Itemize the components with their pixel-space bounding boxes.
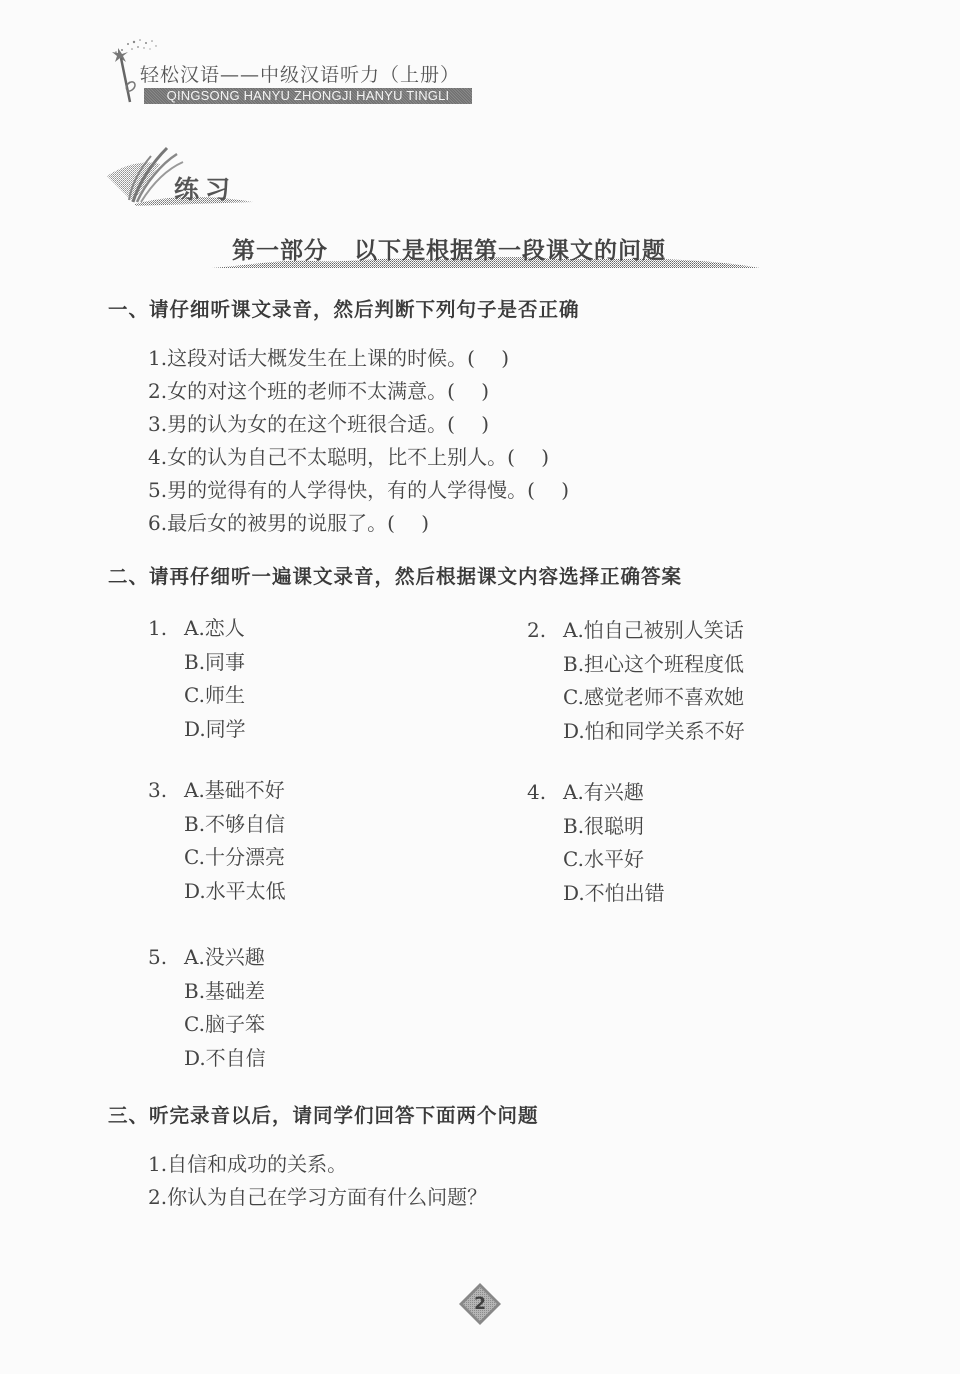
multiple-choice-question-5: 5.A.没兴趣 B.基础差 C.脑子笨 D.不自信 [148, 941, 266, 1075]
choice-option: C.水平好 [563, 843, 644, 877]
question-number: 1. [148, 612, 184, 646]
section-3-title: 三、听完录音以后，请同学们回答下面两个问题 [108, 1100, 539, 1128]
choice-option: D.怕和同学关系不好 [563, 715, 745, 749]
choice-option: C.十分漂亮 [184, 841, 285, 875]
question-number: 4. [527, 776, 563, 810]
choice-option: D.不自信 [184, 1042, 266, 1076]
section-2-title: 二、请再仔细听一遍课文录音，然后根据课文内容选择正确答案 [108, 561, 682, 589]
book-title-chinese: 轻松汉语——中级汉语听力（上册） [140, 60, 460, 87]
multiple-choice-question-2: 2.A.怕自己被别人笑话 B.担心这个班程度低 C.感觉老师不喜欢她 D.怕和同… [527, 614, 745, 748]
choice-option: B.担心这个班程度低 [563, 648, 744, 682]
true-false-item: 3.男的认为女的在这个班很合适。( ) [148, 408, 569, 441]
choice-option: A.基础不好 [184, 774, 285, 808]
true-false-item: 5.男的觉得有的人学得快，有的人学得慢。( ) [148, 474, 569, 507]
discussion-question: 2.你认为自己在学习方面有什么问题？ [148, 1181, 487, 1214]
choice-option: B.不够自信 [184, 808, 285, 842]
true-false-item: 4.女的认为自己不太聪明，比不上别人。( ) [148, 441, 569, 474]
true-false-item: 6.最后女的被男的说服了。( ) [148, 507, 569, 540]
choice-option: A.有兴趣 [563, 776, 644, 810]
exercise-heading: 练习 [174, 170, 236, 206]
true-false-item: 1.这段对话大概发生在上课的时候。( ) [148, 342, 569, 375]
choice-option: C.感觉老师不喜欢她 [563, 681, 744, 715]
book-title-pinyin-banner: QINGSONG HANYU ZHONGJI HANYU TINGLI [144, 88, 472, 104]
choice-option: C.脑子笨 [184, 1008, 265, 1042]
choice-option: D.水平太低 [184, 875, 286, 909]
discussion-question: 1.自信和成功的关系。 [148, 1148, 487, 1181]
choice-option: C.师生 [184, 679, 245, 713]
choice-option: B.基础差 [184, 975, 265, 1009]
true-false-list: 1.这段对话大概发生在上课的时候。( ) 2.女的对这个班的老师不太满意。( )… [148, 342, 569, 540]
choice-option: D.不怕出错 [563, 877, 665, 911]
choice-option: A.怕自己被别人笑话 [563, 614, 744, 648]
part-label: 第一部分 [232, 237, 328, 264]
discussion-question-list: 1.自信和成功的关系。 2.你认为自己在学习方面有什么问题？ [148, 1148, 487, 1214]
part-heading: 第一部分以下是根据第一段课文的问题 [232, 232, 666, 265]
question-number: 3. [148, 774, 184, 808]
choice-option: B.同事 [184, 646, 245, 680]
question-number: 5. [148, 941, 184, 975]
choice-option: D.同学 [184, 713, 246, 747]
choice-option: B.很聪明 [563, 810, 644, 844]
page-number: 2 [458, 1282, 502, 1326]
choice-option: A.恋人 [184, 612, 245, 646]
true-false-item: 2.女的对这个班的老师不太满意。( ) [148, 375, 569, 408]
choice-option: A.没兴趣 [184, 941, 265, 975]
multiple-choice-question-3: 3.A.基础不好 B.不够自信 C.十分漂亮 D.水平太低 [148, 774, 286, 908]
multiple-choice-question-4: 4.A.有兴趣 B.很聪明 C.水平好 D.不怕出错 [527, 776, 665, 910]
part-subtitle: 以下是根据第一段课文的问题 [354, 237, 666, 264]
question-number: 2. [527, 614, 563, 648]
multiple-choice-question-1: 1.A.恋人 B.同事 C.师生 D.同学 [148, 612, 246, 746]
section-1-title: 一、请仔细听课文录音，然后判断下列句子是否正确 [108, 294, 580, 322]
